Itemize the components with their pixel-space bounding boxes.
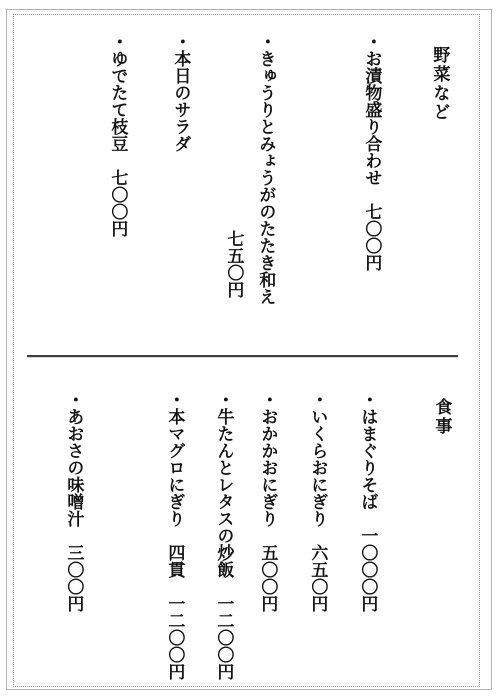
menu-item: ・きゅうりとみょうがのたたき和え: [256, 33, 274, 305]
menu-item: ・ゆでたて枝豆 七〇〇円: [108, 33, 126, 237]
section-divider: [27, 355, 458, 357]
menu-item: ・本マグロにぎり 四貫 一二〇〇円: [165, 391, 183, 680]
section-title-meals: 食事: [432, 398, 450, 436]
menu-item: ・はまぐりそば 一〇〇〇円: [358, 391, 376, 612]
menu-item: ・お漬物盛り合わせ 七〇〇円: [362, 33, 380, 271]
menu-item-wrapped-price: 七五〇円: [224, 230, 242, 298]
menu-content: 野菜など ・お漬物盛り合わせ 七〇〇円 ・きゅうりとみょうがのたたき和え 七五〇…: [0, 0, 497, 700]
menu-item: ・おかかおにぎり 五〇〇円: [258, 391, 276, 612]
menu-item: ・本日のサラダ: [171, 33, 189, 152]
menu-item: ・牛たんとレタスの炒飯 一二〇〇円: [214, 391, 232, 680]
section-title-vegetables: 野菜など: [430, 46, 448, 122]
menu-item: ・あおさの味噌汁 三〇〇円: [64, 391, 82, 612]
menu-item: ・いくらおにぎり 六五〇円: [308, 391, 326, 612]
